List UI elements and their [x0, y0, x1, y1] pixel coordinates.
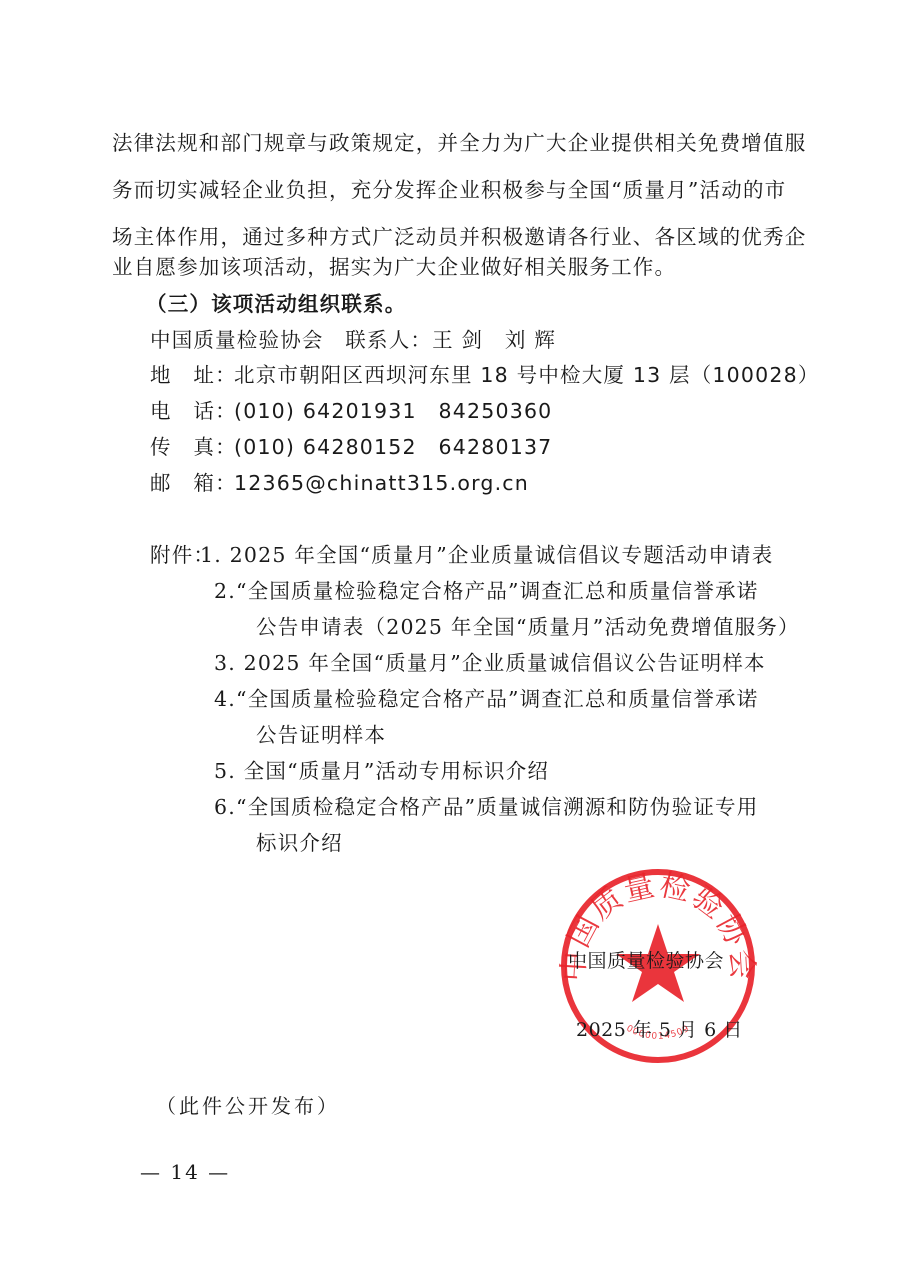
signature-organization: 中国质量检验协会	[568, 946, 724, 973]
attachment-item-3: 3. 2025 年全国“质量月”企业质量诚信倡议公告证明样本	[214, 648, 766, 678]
phone-label: 电 话：	[150, 396, 234, 426]
address-value: 北京市朝阳区西坝河东里 18 号中检大厦 13 层（100028）	[234, 363, 820, 387]
fax-label: 传 真：	[150, 432, 234, 462]
contact-org-line: 中国质量检验协会 联系人：王 剑 刘 辉	[150, 325, 556, 355]
contact-address-row: 地 址：北京市朝阳区西坝河东里 18 号中检大厦 13 层（100028）	[150, 360, 820, 390]
body-line: 场主体作用，通过多种方式广泛动员并积极邀请各行业、各区域的优秀企	[112, 222, 806, 252]
attachment-item-4-cont: 公告证明样本	[256, 720, 386, 750]
signature-date: 2025 年 5 月 6 日	[576, 1015, 743, 1042]
section-heading: （三）该项活动组织联系。	[146, 289, 406, 319]
contact-phone-row: 电 话：(010) 64201931 84250360	[150, 396, 552, 426]
body-line: 法律法规和部门规章与政策规定，并全力为广大企业提供相关免费增值服	[112, 128, 806, 158]
attachment-item-1: 1. 2025 年全国“质量月”企业质量诚信倡议专题活动申请表	[200, 540, 773, 570]
attachment-item-6: 6.“全国质检稳定合格产品”质量诚信溯源和防伪验证专用	[214, 792, 758, 822]
attachment-item-2-cont: 公告申请表（2025 年全国“质量月”活动免费增值服务）	[256, 612, 800, 642]
email-label: 邮 箱：	[150, 468, 234, 498]
attachment-item-5: 5. 全国“质量月”活动专用标识介绍	[214, 756, 549, 786]
body-line: 业自愿参加该项活动，据实为广大企业做好相关服务工作。	[112, 252, 676, 282]
email-value: 12365@chinatt315.org.cn	[234, 471, 529, 495]
phone-value: (010) 64201931 84250360	[234, 399, 552, 423]
address-label: 地 址：	[150, 360, 234, 390]
page-number: — 14 —	[140, 1160, 230, 1184]
document-page: 法律法规和部门规章与政策规定，并全力为广大企业提供相关免费增值服 务而切实减轻企…	[0, 0, 900, 1273]
attachment-item-6-cont: 标识介绍	[256, 828, 343, 858]
contact-fax-row: 传 真：(010) 64280152 64280137	[150, 432, 552, 462]
contact-email-row: 邮 箱：12365@chinatt315.org.cn	[150, 468, 529, 498]
attachment-item-2: 2.“全国质量检验稳定合格产品”调查汇总和质量信誉承诺	[214, 576, 758, 606]
attachment-item-4: 4.“全国质量检验稳定合格产品”调查汇总和质量信誉承诺	[214, 684, 758, 714]
body-line: 务而切实减轻企业负担，充分发挥企业积极参与全国“质量月”活动的市	[112, 175, 786, 205]
fax-value: (010) 64280152 64280137	[234, 435, 552, 459]
publication-note: （此件公开发布）	[156, 1090, 340, 1119]
